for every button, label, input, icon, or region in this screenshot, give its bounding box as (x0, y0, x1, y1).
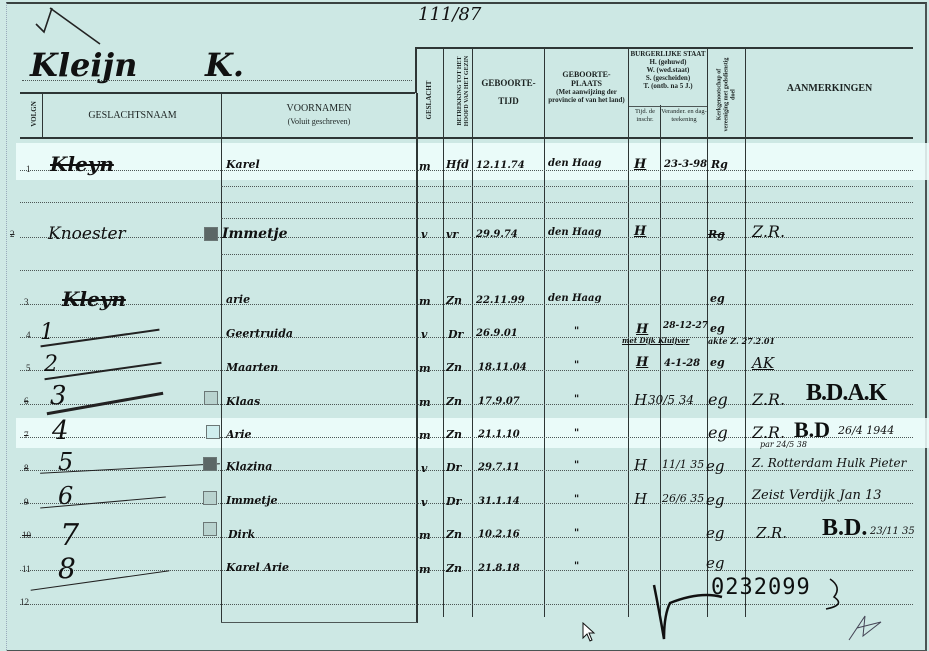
civil-status-note: met Dijk Kluijver (622, 336, 689, 345)
civil-status-date-cell: 23-3-98 (664, 159, 707, 170)
header-civil-status-title: BURGERLIJKE STAAT (629, 50, 707, 58)
surname-cell: 4 (52, 416, 69, 446)
bs-subrule (629, 106, 707, 107)
birthplace-cell: " (574, 360, 579, 371)
relation-cell: Zn (446, 528, 462, 541)
row-number: 12 (20, 597, 29, 607)
civil-status-date-cell: 28-12-27 (663, 321, 708, 331)
relation-cell: Hfd (446, 158, 469, 171)
birthdate-cell: 22.11.99 (476, 295, 525, 306)
header-birthplace-line1: GEBOORTE- (545, 70, 628, 79)
remarks-cell: Z.R. (752, 222, 785, 241)
header-civil-status-s: S. (gescheiden) (629, 74, 707, 82)
birthdate-cell: 29.9.74 (476, 229, 518, 240)
header-birthdate: GEBOORTE- TIJD (473, 78, 544, 106)
header-top-rule-left (20, 92, 415, 94)
sex-cell: m (419, 563, 431, 576)
bd-stamp: B.D.A.K (806, 380, 886, 407)
row-number: 5 (26, 363, 31, 373)
header-church: Kerkgenootschap of vereeniging met godsd… (717, 54, 738, 136)
firstname-cell: Immetje (226, 494, 277, 507)
sex-cell: m (419, 295, 431, 308)
remarks-note: akte Z. 27.2.01 (708, 336, 775, 346)
row-rule (20, 304, 913, 305)
header-bottom-rule (20, 137, 913, 139)
birthdate-cell: 17.9.07 (478, 396, 520, 407)
stamp-note: 26/4 1944 (838, 424, 894, 437)
firstname-cell: Geertruida (226, 327, 293, 340)
birthplace-cell: " (574, 528, 579, 539)
birthplace-cell: " (574, 428, 579, 439)
birthdate-cell: 21.1.10 (478, 429, 520, 440)
checkmark-icon (30, 2, 110, 52)
sex-cell: v (421, 228, 427, 241)
remarks-cell: Z. Rotterdam Hulk Pieter (752, 456, 906, 470)
firstname-cell: Karel (226, 158, 260, 171)
church-cell: eg (706, 491, 724, 509)
civil-status-cell: H (634, 490, 647, 508)
row-number: 11 (22, 564, 31, 574)
church-cell: eg (708, 423, 728, 442)
sex-cell: v (421, 462, 427, 475)
birthplace-cell: den Haag (548, 293, 602, 304)
row-number: 3 (24, 297, 29, 307)
firstname-cell: arie (226, 293, 250, 306)
church-cell: Rg (708, 228, 725, 241)
checkbox-icon (203, 491, 217, 505)
church-cell: eg (706, 457, 724, 475)
surname-cell: Kleyn (50, 152, 114, 176)
sex-cell: m (419, 396, 431, 409)
col-divider-firstname (416, 93, 418, 623)
birthdate-cell: 12.11.74 (476, 160, 525, 171)
signature-flourish-icon (650, 575, 850, 645)
header-surname: GESLACHTSNAAM (44, 111, 221, 121)
col-divider-birthdate (544, 47, 545, 617)
church-cell: eg (710, 292, 725, 305)
col-divider-surname (221, 93, 222, 623)
remarks-cell: AK (752, 354, 774, 372)
surname-cell: 7 (60, 518, 79, 553)
header-remarks: AANMERKINGEN (746, 84, 913, 94)
birthplace-cell: " (574, 561, 579, 572)
row-rule (20, 337, 913, 338)
relation-cell: Zn (446, 294, 462, 307)
birthplace-cell: den Haag (548, 158, 602, 169)
col-divider-sex (443, 47, 444, 617)
church-cell: eg (706, 524, 724, 542)
row-rule (20, 270, 913, 271)
birthplace-cell: " (574, 326, 579, 337)
surname-cell: Knoester (48, 224, 126, 244)
row-number: 2 (10, 229, 15, 239)
relation-cell: Dr (446, 461, 461, 474)
row-number: 6 (24, 396, 29, 406)
row-number: 9 (24, 497, 29, 507)
church-cell: Rg (711, 158, 728, 171)
remarks-cell: Z.R. (752, 390, 785, 409)
birthdate-cell: 21.8.18 (478, 563, 520, 574)
civil-status-cell: H (634, 224, 646, 239)
church-cell: eg (706, 554, 724, 572)
row-rule (20, 570, 913, 571)
relation-cell: Zn (446, 562, 462, 575)
bd-stamp: B.D. (822, 515, 867, 542)
col-divider-birthplace (628, 47, 629, 617)
civil-status-date-cell: 26/6 35 (662, 492, 704, 505)
header-top-rule-right (415, 47, 913, 49)
surname-cell: 8 (58, 552, 76, 585)
header-firstnames-sub: (Voluit geschreven) (222, 117, 416, 127)
row-rule (20, 202, 913, 203)
row-rule (20, 370, 913, 371)
row-rule (20, 503, 913, 504)
surname-cell: 1 (40, 320, 54, 345)
row-number: 8 (24, 463, 29, 473)
birthplace-cell: " (574, 460, 579, 471)
header-firstnames: VOORNAMEN (222, 104, 416, 114)
row-rule (221, 186, 913, 187)
firstname-cell: Klaas (226, 395, 260, 408)
birthplace-cell: " (574, 494, 579, 505)
sex-cell: v (421, 328, 427, 341)
sex-cell: m (419, 529, 431, 542)
stamp-note: 23/11 35 (870, 526, 915, 537)
col-divider-bs-tijd (660, 105, 661, 617)
sex-cell: m (419, 362, 431, 375)
header-sex: GESLACHT (425, 75, 433, 125)
row-rule (221, 622, 417, 623)
church-cell: eg (710, 356, 725, 369)
header-civil-status-w: W. (wed.staat) (629, 66, 707, 74)
birthplace-cell: " (574, 394, 579, 405)
header-bs-tijd: Tijd. de inschr. (630, 108, 660, 124)
relation-cell: Zn (446, 361, 462, 374)
civil-status-date-cell: 11/1 35 (662, 458, 704, 471)
header-civil-status: BURGERLIJKE STAAT H. (gehuwd) W. (wed.st… (629, 50, 707, 90)
header-civil-status-h: H. (gehuwd) (629, 58, 707, 66)
relation-cell: Zn (446, 428, 462, 441)
birthdate-cell: 31.1.14 (478, 496, 520, 507)
card-number: 111/87 (418, 4, 481, 25)
birthdate-cell: 26.9.01 (476, 328, 518, 339)
sex-cell: m (419, 160, 431, 173)
head-of-family-initial: K. (205, 46, 244, 84)
checkbox-icon (206, 425, 220, 439)
surname-cell: 3 (50, 381, 67, 411)
header-birthplace: GEBOORTE- PLAATS (Met aanwijzing der pro… (545, 70, 628, 104)
civil-status-cell: H (636, 355, 648, 370)
col-divider-church (745, 47, 746, 617)
header-civil-status-t: T. (ontb. na 5 J.) (629, 82, 707, 90)
header-bs-verander: Verander. en dag-teekening (661, 108, 707, 124)
sex-cell: m (419, 429, 431, 442)
relation-cell: vr (446, 228, 458, 241)
checkbox-icon (203, 457, 217, 471)
remarks-subnote: par 24/5 38 (760, 440, 807, 449)
civil-status-cell: H (634, 391, 647, 409)
civil-status-cell: H (636, 322, 648, 337)
header-birthdate-line1: GEBOORTE- (473, 78, 544, 88)
firstname-cell: Klazina (226, 460, 272, 473)
name-underline (22, 80, 412, 81)
row-number: 1 (26, 164, 31, 174)
civil-status-cell: H (634, 456, 647, 474)
mouse-cursor-icon (582, 622, 596, 644)
firstname-cell: Immetje (222, 226, 288, 242)
civil-status-date-cell: 4-1-28 (664, 358, 700, 369)
firstname-cell: Arie (226, 428, 252, 441)
sex-cell: v (421, 496, 427, 509)
row-rule (221, 218, 913, 219)
header-step (415, 47, 417, 93)
firstname-cell: Dirk (228, 528, 255, 541)
header-relation: BETREKKING TOT HET HOOFD VAN HET GEZIN (457, 55, 471, 127)
row-rule (20, 470, 913, 471)
checkbox-icon (204, 227, 218, 241)
church-cell: eg (708, 390, 728, 409)
row-rule (221, 254, 913, 255)
birthdate-cell: 10.2.16 (478, 529, 520, 540)
header-birthplace-sub: (Met aanwijzing der provincie of van het… (545, 88, 628, 104)
row-number: 7 (24, 430, 29, 440)
relation-cell: Zn (446, 395, 462, 408)
civil-status-date-cell: 30/5 34 (648, 393, 694, 407)
surname-cell: Kleyn (62, 287, 126, 311)
col-divider-volgn (42, 93, 43, 137)
remarks-cell: Zeist Verdijk Jan 13 (752, 488, 882, 503)
relation-cell: Dr (446, 495, 461, 508)
birthdate-cell: 18.11.04 (478, 362, 527, 373)
firstname-cell: Maarten (226, 361, 278, 374)
civil-status-cell: H (634, 157, 646, 172)
checkbox-icon (203, 522, 217, 536)
surname-cell: 2 (44, 352, 58, 377)
header-birthplace-line2: PLAATS (545, 79, 628, 88)
relation-cell: Dr (448, 328, 463, 341)
firstname-cell: Karel Arie (226, 561, 289, 574)
birthplace-cell: den Haag (548, 227, 602, 238)
header-birthdate-line2: TIJD (473, 96, 544, 106)
initials-mark-icon (845, 610, 885, 642)
checkbox-icon (204, 391, 218, 405)
header-volgn: VOLGN (30, 94, 38, 134)
row-number: 10 (22, 530, 31, 540)
remarks-cell: Z.R. (756, 524, 787, 542)
col-divider-relation (472, 47, 473, 617)
birthdate-cell: 29.7.11 (478, 462, 520, 473)
row-number: 4 (26, 330, 31, 340)
church-cell: eg (710, 322, 725, 335)
